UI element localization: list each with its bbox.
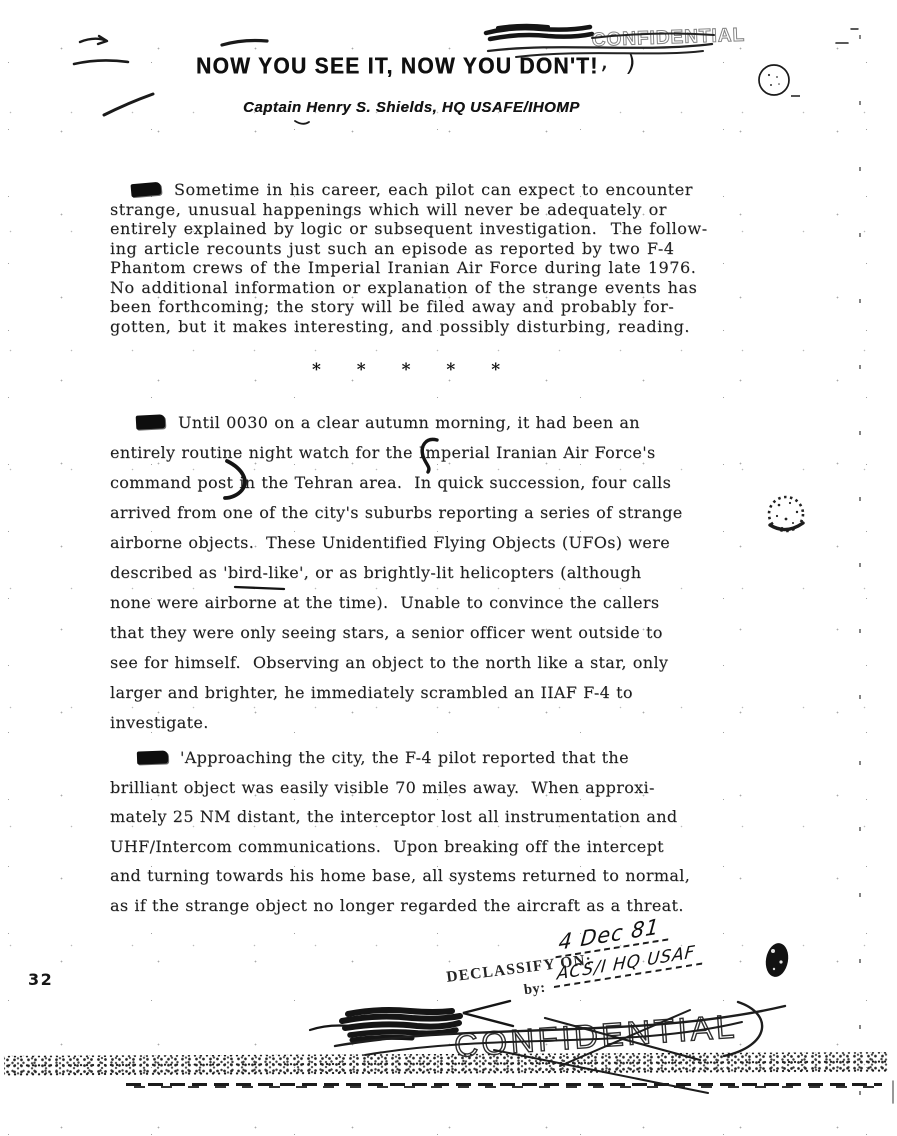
text-line: gotten, but it makes interesting, and po… xyxy=(110,317,708,337)
text-line: ing article recounts just such an episod… xyxy=(110,239,708,259)
text-line: described as 'bird-like', or as brightly… xyxy=(110,558,683,588)
circle-stamp-mark xyxy=(759,65,800,96)
ink-blot-oval xyxy=(763,941,791,978)
text-line: arrived from one of the city's suburbs r… xyxy=(110,498,683,528)
paragraph-body-1: Until 0030 on a clear autumn morning, it… xyxy=(110,408,683,738)
text-line: brilliant object was easily visible 70 m… xyxy=(110,773,690,803)
text-line: 'Approaching the city, the F-4 pilot rep… xyxy=(180,748,629,767)
by-label: by: xyxy=(523,980,547,1000)
separator-asterisks: * * * * * xyxy=(312,360,500,380)
scan-noise-band xyxy=(4,1052,888,1076)
text-line: airborne objects. These Unidentified Fly… xyxy=(110,528,683,558)
text-line: larger and brighter, he immediately scra… xyxy=(110,678,683,708)
scribbled-out-word-top xyxy=(486,26,592,39)
text-line: Until 0030 on a clear autumn morning, it… xyxy=(178,413,640,432)
page-title: NOW YOU SEE IT, NOW YOU DON'T! xyxy=(196,54,599,80)
text-line: command post in the Tehran area. In quic… xyxy=(110,468,683,498)
text-line: Sometime in his career, each pilot can e… xyxy=(174,180,693,199)
text-line: mately 25 NM distant, the interceptor lo… xyxy=(110,802,690,832)
text-line: Phantom crews of the Imperial Iranian Ai… xyxy=(110,258,708,278)
paragraph-body-2: 'Approaching the city, the F-4 pilot rep… xyxy=(110,743,690,920)
declassify-stamp: DECLASSIFY ON: by: 4 Dec 81 ACS/I HQ USA… xyxy=(444,928,734,1012)
redaction-mark xyxy=(130,182,161,198)
text-line: UHF/Intercom communications. Upon breaki… xyxy=(110,832,690,862)
strike-lines-top xyxy=(488,29,858,57)
paragraph-intro: Sometime in his career, each pilot can e… xyxy=(110,180,708,336)
text-line: see for himself. Observing an object to … xyxy=(110,648,683,678)
text-line: none were airborne at the time). Unable … xyxy=(110,588,683,618)
text-line: strange, unusual happenings which will n… xyxy=(110,200,708,220)
text-line: entirely routine night watch for the Imp… xyxy=(110,438,683,468)
text-line: No additional information or explanation… xyxy=(110,278,708,298)
redaction-mark xyxy=(137,750,168,764)
text-line: entirely explained by logic or subsequen… xyxy=(110,219,708,239)
scan-noise-band xyxy=(126,1082,882,1089)
document-page: NOW YOU SEE IT, NOW YOU DON'T! , ) Capta… xyxy=(0,0,897,1136)
text-line: as if the strange object no longer regar… xyxy=(110,891,690,921)
byline: Captain Henry S. Shields, HQ USAFE/IHOMP xyxy=(243,99,580,116)
speckled-stamp-mark xyxy=(769,497,803,531)
text-line: that they were only seeing stars, a seni… xyxy=(110,618,683,648)
handwritten-paren-mark: , ) xyxy=(600,46,642,77)
page-number: 32 xyxy=(28,970,53,989)
text-line: investigate. xyxy=(110,708,683,738)
text-line: and turning towards his home base, all s… xyxy=(110,861,690,891)
redaction-mark xyxy=(136,414,166,429)
text-line: been forthcoming; the story will be file… xyxy=(110,297,708,317)
